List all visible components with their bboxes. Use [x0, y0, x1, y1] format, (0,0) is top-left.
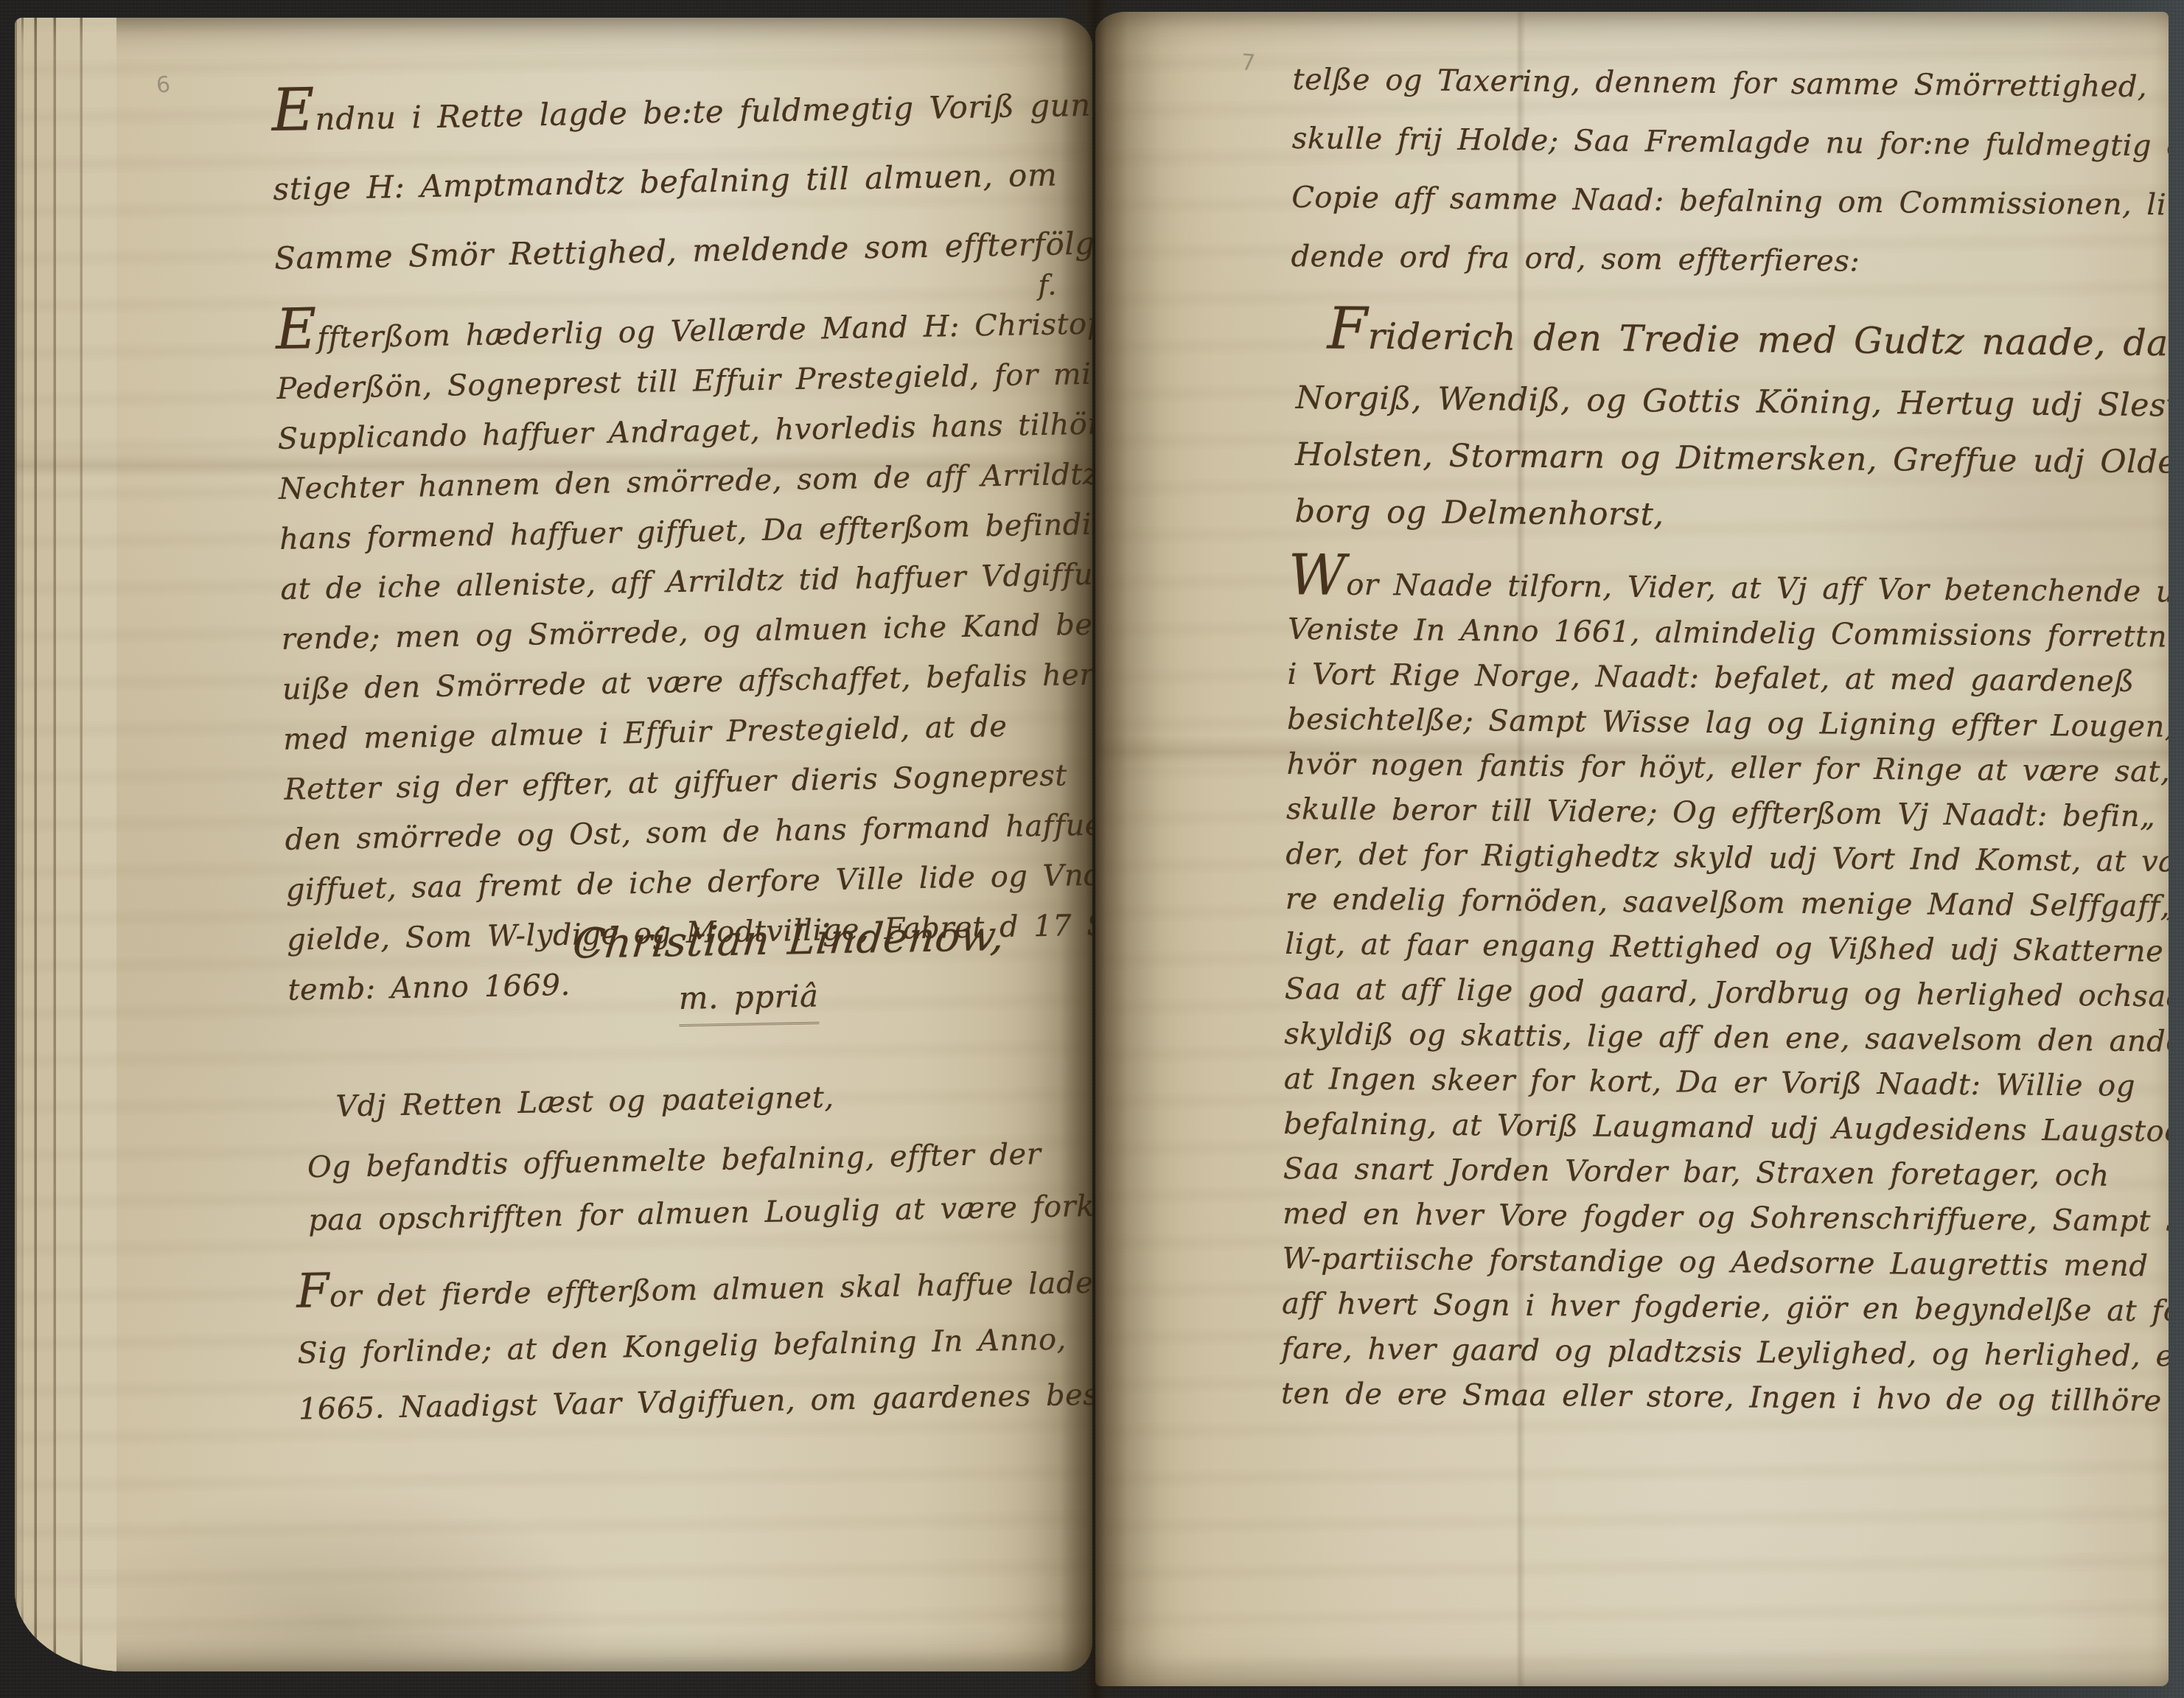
manuscript-line: Veniste In Anno 1661, almindelig Commiss… [1288, 607, 2150, 660]
manuscript-line: i Vort Rige Norge, Naadt: befalet, at me… [1287, 652, 2149, 705]
signature-christian-lindenow: Christian Lindenow, [570, 903, 1092, 976]
manuscript-line: Saa snart Jorden Vorder bar, Straxen for… [1283, 1147, 2145, 1199]
manuscript-line: skulle frij Holde; Saa Fremlagde nu for:… [1292, 109, 2155, 175]
folio-number-right: 7 [1241, 49, 1256, 76]
paragraph-copy-introduction: telße og Taxering, dennem for samme Smör… [1291, 50, 2155, 293]
page-edge-stack [15, 18, 116, 1671]
right-page: 7 telße og Taxering, dennem for samme Sm… [1095, 12, 2169, 1686]
manuscript-line: befalning, at Voriß Laugmand udj Augdesi… [1283, 1102, 2146, 1154]
paragraph-proclamation-note: Og befandtis offuenmelte befalning, efft… [307, 1126, 1092, 1247]
manuscript-line: ligt, at faar engang Rettighed og Vißhed… [1285, 922, 2147, 974]
manuscript-line: telße og Taxering, dennem for samme Smör… [1292, 50, 2155, 116]
manuscript-scan: 6 Endnu i Rette lagde be:te fuldmegtig V… [0, 0, 2184, 1698]
royal-intitulatio: Friderich den Tredie med Gudtz naade, da… [1294, 302, 2153, 548]
manuscript-line: Wor Naade tilforn, Vider, at Vj aff Vor … [1288, 562, 2150, 615]
manuscript-line: dende ord fra ord, som effterfieres: [1291, 227, 2154, 293]
manuscript-line: at Ingen skeer for kort, Da er Voriß Naa… [1284, 1057, 2146, 1109]
left-page-text: Endnu i Rette lagde be:te fuldmegtig Vor… [271, 71, 1092, 1438]
manuscript-line: Saa at aff lige god gaard, Jordbrug og h… [1285, 967, 2147, 1019]
marginal-flourish: f. [1038, 269, 1058, 301]
manuscript-line: Friderich den Tredie med Gudtz naade, da… [1327, 302, 2153, 377]
signature-manu-propria: m. ppriâ [678, 972, 819, 1027]
manuscript-line: med en hver Vore fogder og Sohrenschriff… [1283, 1192, 2145, 1244]
left-page: 6 Endnu i Rette lagde be:te fuldmegtig V… [15, 18, 1092, 1671]
manuscript-line: skyldiß og skattis, lige aff den ene, sa… [1284, 1012, 2146, 1064]
manuscript-line: borg og Delmenhorst, [1294, 483, 2152, 548]
manuscript-line: besichtelße; Sampt Wisse lag og Ligning … [1287, 697, 2149, 750]
manuscript-line: W-partiische forstandige og Aedsorne Lau… [1282, 1237, 2144, 1289]
manuscript-line: Norgiß, Wendiß, og Gottis Köning, Hertug… [1296, 370, 2153, 434]
paragraph-royal-decree: Wor Naade tilforn, Vider, at Vj aff Vor … [1281, 562, 2151, 1424]
manuscript-line: Samme Smör Rettighed, meldende som effte… [273, 209, 1092, 293]
manuscript-line: aff hvert Sogn i hver fogderie, giör en … [1282, 1282, 2144, 1334]
manuscript-line: re endelig fornöden, saavelßom menige Ma… [1285, 877, 2148, 929]
manuscript-line: Holsten, Stormarn og Ditmersken, Greffue… [1295, 427, 2152, 491]
manuscript-line: hvör nogen fantis for höyt, eller for Ri… [1286, 742, 2149, 794]
right-page-text: telße og Taxering, dennem for samme Smör… [1281, 50, 2155, 1424]
paragraph-command-intro: Endnu i Rette lagde be:te fuldmegtig Vor… [271, 71, 1092, 293]
manuscript-line: fare, hver gaard og pladtzsis Leylighed,… [1281, 1327, 2143, 1379]
manuscript-line: skulle beror till Videre; Og effterßom V… [1286, 787, 2149, 839]
manuscript-line: Vdj Retten Læst og paateignet, [335, 1067, 1092, 1131]
paragraph-court-endorsement: Vdj Retten Læst og paateignet, [335, 1067, 1092, 1131]
signature-block: Christian Lindenow, m. ppriâ [573, 904, 1092, 1029]
manuscript-line: der, det for Rigtighedtz skyld udj Vort … [1285, 832, 2148, 884]
manuscript-line: ten de ere Smaa eller store, Ingen i hvo… [1281, 1372, 2143, 1424]
paragraph-fourth-point: For det fierde effterßom almuen skal haf… [296, 1254, 1092, 1437]
manuscript-line: Copie aff samme Naad: befalning om Commi… [1291, 168, 2155, 234]
folio-number-left: 6 [155, 71, 172, 99]
